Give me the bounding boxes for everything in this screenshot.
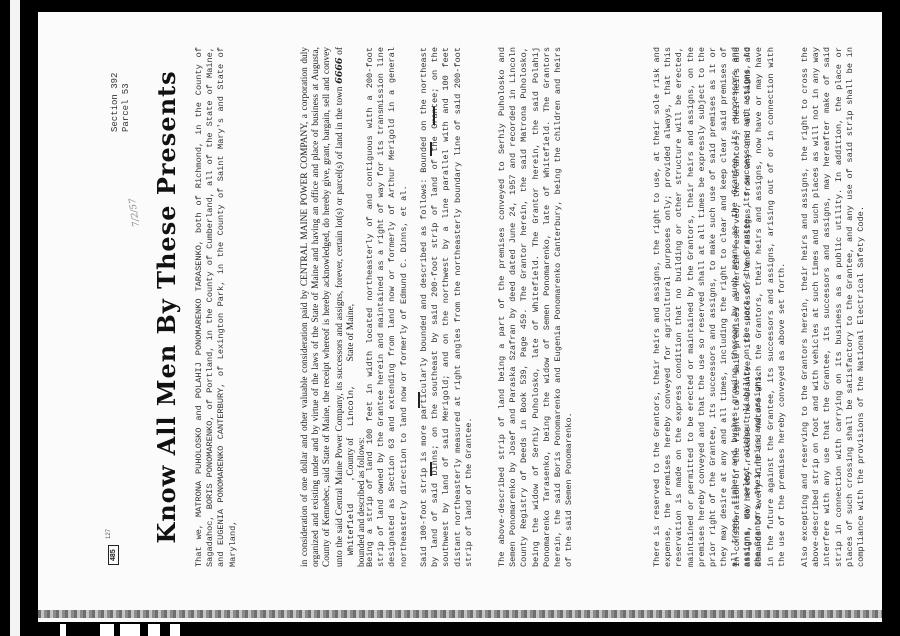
section-number: Section 392 xyxy=(110,73,121,132)
consideration-text: in consideration of one dollar and other… xyxy=(300,47,345,567)
registry-stamp: 485 xyxy=(108,545,119,565)
of-label: of xyxy=(335,47,345,55)
stamp-number: 127 xyxy=(106,529,113,539)
state-label: State of Maine, xyxy=(346,304,356,362)
paragraph-strip: Being a strip of land 100 feet in width … xyxy=(365,47,410,567)
scan-mark xyxy=(433,107,435,125)
scan-border-bottom xyxy=(40,622,900,636)
section-reference: Section 392 Parcel 53 xyxy=(110,73,132,132)
scan-mark xyxy=(430,142,432,156)
paragraph-bounds: Said 100-foot strip is more particularly… xyxy=(419,47,475,567)
handwritten-town-mark: 6666 xyxy=(334,58,345,84)
scan-mark xyxy=(430,462,432,476)
scan-mark xyxy=(418,392,420,408)
scan-gap xyxy=(10,0,20,636)
deed-title: Know All Men By These Presents xyxy=(152,27,181,587)
paragraph-release: In consideration of the right to use sai… xyxy=(732,47,788,567)
paragraph-crossing: Also excepting and reserving to the Gran… xyxy=(800,47,867,567)
rotated-content: 485 127 7/2/57 Section 392 Parcel 53 Kno… xyxy=(100,27,882,587)
paragraph-consideration: in consideration of one dollar and other… xyxy=(300,47,368,567)
county-label: , County of xyxy=(346,438,356,480)
paragraph-title-history: The above-described strip of land being … xyxy=(497,47,575,567)
parcel-number: Parcel 53 xyxy=(121,73,132,132)
deed-page: 485 127 7/2/57 Section 392 Parcel 53 Kno… xyxy=(38,12,882,622)
handwritten-margin-note: 7/2/57 xyxy=(128,197,142,227)
town-name: Whitefield xyxy=(346,504,356,556)
header: 485 127 7/2/57 Section 392 Parcel 53 xyxy=(100,27,140,587)
paragraph-grantors: That we, MATRONA PUHOLOSKO and POLAHIJ P… xyxy=(194,47,239,567)
scan-border-left xyxy=(0,0,10,636)
page-edge-bottom xyxy=(38,610,882,618)
county-name: Lincoln, xyxy=(346,385,356,426)
